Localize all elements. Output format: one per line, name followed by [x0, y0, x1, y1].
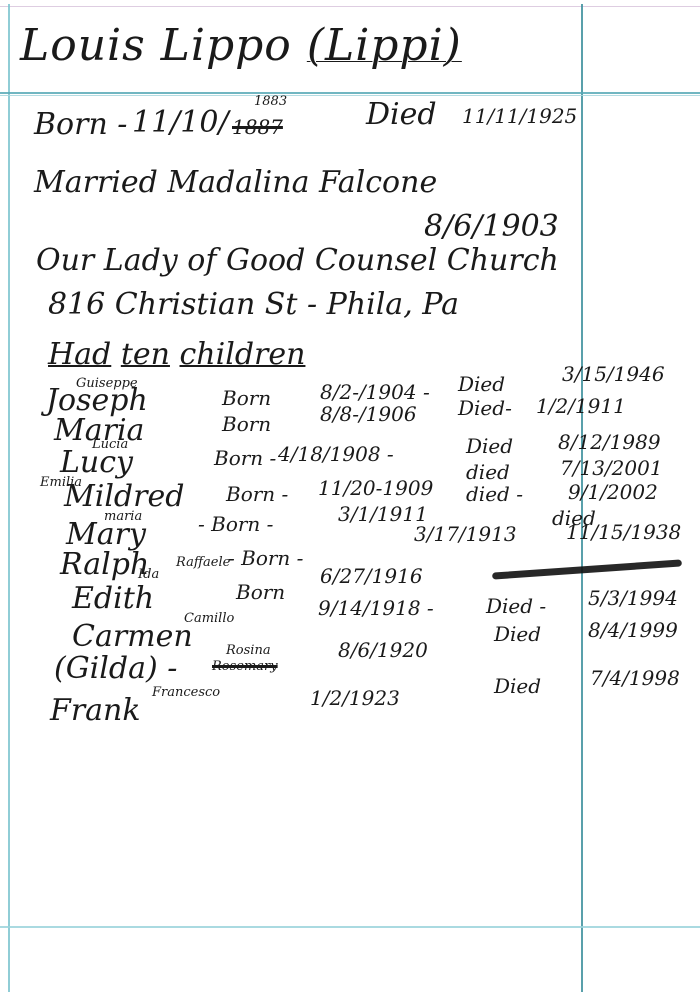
- title-alt-name: (Lippi): [307, 20, 462, 71]
- child-died-label: Died: [494, 676, 541, 696]
- child-born-date: 3/1/1911: [338, 504, 428, 524]
- child-born-date: 9/14/1918 -: [318, 598, 434, 618]
- child-died-date: 8/4/1999: [588, 620, 678, 640]
- child-born-label: Born -: [226, 484, 288, 504]
- heading-had: Had: [48, 337, 111, 372]
- born-label: Born -: [34, 110, 127, 140]
- child-alt-name-struck: Rosemary: [212, 660, 278, 673]
- child-born-label: Born: [222, 414, 271, 434]
- child-born-label: Born -: [214, 448, 276, 468]
- child-born-label: Born: [236, 582, 285, 602]
- child-born-date: 3/17/1913: [414, 524, 517, 544]
- child-name: Ralph: [60, 550, 149, 580]
- child-born-date: 8/8-/1906: [320, 404, 417, 424]
- heading-ten: ten: [121, 337, 170, 372]
- child-died-date: 8/12/1989: [558, 432, 661, 452]
- born-year-struck: 1887: [232, 117, 283, 137]
- child-died-date: 3/15/1946: [562, 364, 665, 384]
- child-alt-name: Rosina: [226, 644, 271, 657]
- child-name: Joseph: [46, 386, 148, 416]
- child-name: Mildred: [64, 482, 184, 512]
- child-died-date: 9/1/2002: [568, 482, 658, 502]
- church-name: Our Lady of Good Counsel Church: [36, 246, 559, 276]
- child-born-date: 11/20-1909: [318, 478, 433, 498]
- child-name: (Gilda) -: [54, 654, 177, 684]
- child-born-date: 4/18/1908 -: [278, 444, 394, 464]
- child-died-date: 7/13/2001: [560, 458, 663, 478]
- marriage-line: Married Madalina Falcone: [34, 168, 437, 198]
- scanned-page: Louis Lippo (Lippi) Born - 11/10/ 1887 1…: [0, 0, 700, 1000]
- born-year-corrected: 1883: [254, 95, 287, 108]
- child-name: Mary: [66, 520, 146, 550]
- child-name: Edith: [72, 584, 154, 614]
- document-title: Louis Lippo (Lippi): [20, 24, 462, 68]
- marriage-date: 8/6/1903: [424, 212, 559, 242]
- child-born-date: 6/27/1916: [320, 566, 423, 586]
- child-born-date: 8/6/1920: [338, 640, 428, 660]
- child-born-label: Born: [222, 388, 271, 408]
- died-label: Died: [366, 100, 437, 130]
- born-date-prefix: 11/10/: [132, 108, 229, 138]
- left-margin-line: [8, 4, 10, 992]
- child-alt-name: Francesco: [152, 686, 220, 699]
- struck-out-death-entry: [492, 559, 682, 579]
- child-died-label: died: [466, 462, 510, 482]
- child-born-label: - Born -: [198, 514, 273, 534]
- child-died-date: 1/2/1911: [536, 396, 626, 416]
- child-died-label: died -: [466, 484, 523, 504]
- footer-rule-line: [0, 926, 700, 928]
- child-born-label: - Born -: [228, 548, 303, 568]
- child-name: Carmen: [72, 622, 193, 652]
- header-rule-line: [0, 92, 700, 94]
- child-alt-name: Raffaele: [176, 556, 230, 569]
- child-died-date: 7/4/1998: [590, 668, 680, 688]
- child-born-date: 8/2-/1904 -: [320, 382, 430, 402]
- child-died-label: Died-: [458, 398, 512, 418]
- title-name: Louis Lippo: [20, 20, 292, 71]
- church-address: 816 Christian St - Phila, Pa: [48, 290, 459, 320]
- child-born-date: 1/2/1923: [310, 688, 400, 708]
- died-date: 11/11/1925: [462, 106, 577, 126]
- child-name: Frank: [50, 696, 141, 726]
- child-alt-name: Ida: [138, 568, 159, 581]
- child-died-label: Died: [458, 374, 505, 394]
- heading-children: children: [180, 337, 306, 372]
- children-heading: Had ten children: [48, 340, 305, 370]
- child-died-date: 11/15/1938: [566, 522, 681, 542]
- child-died-label: Died -: [486, 596, 546, 616]
- child-died-date: 5/3/1994: [588, 588, 678, 608]
- child-died-label: Died: [494, 624, 541, 644]
- child-name: Lucy: [60, 448, 133, 478]
- top-rule-line: [0, 6, 700, 7]
- child-died-label: Died: [466, 436, 513, 456]
- header-rule-line-secondary: [0, 95, 700, 96]
